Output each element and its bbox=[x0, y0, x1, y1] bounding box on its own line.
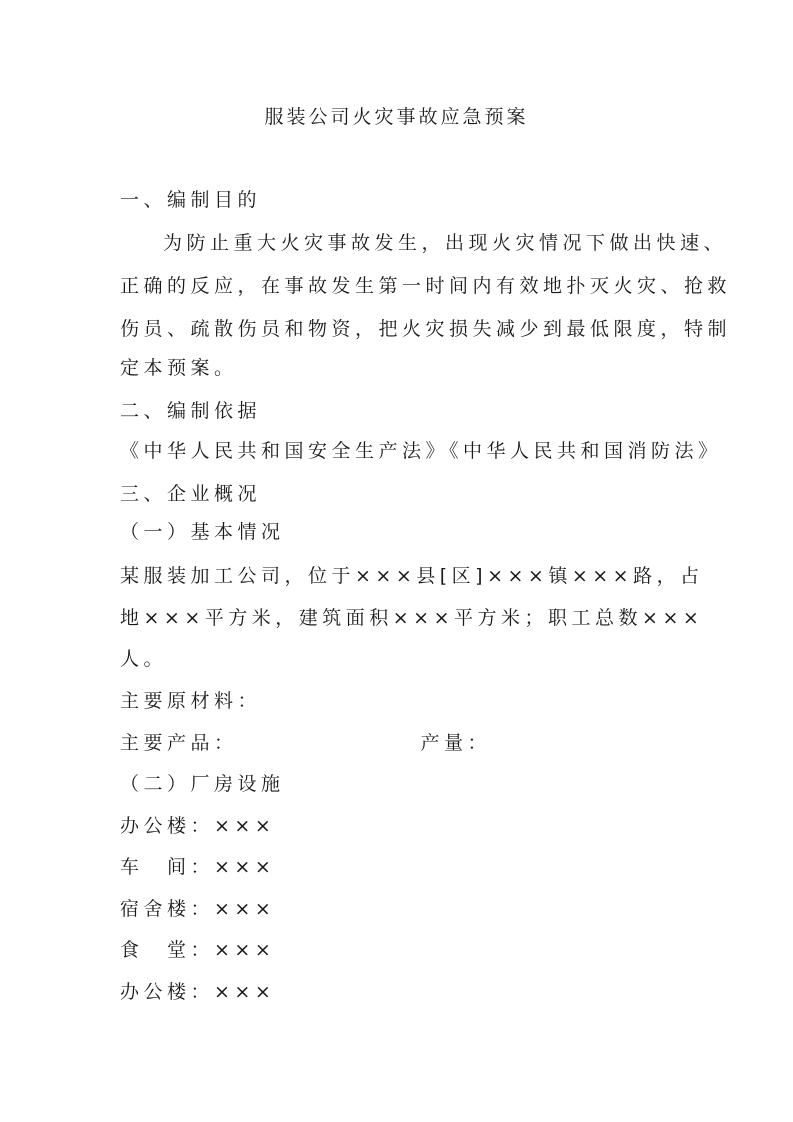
output-label: 产量： bbox=[421, 732, 492, 754]
law-references: 《中华人民共和国安全生产法》《中华人民共和国消防法》 bbox=[120, 437, 722, 465]
section-heading-overview: 三、企业概况 bbox=[120, 480, 261, 508]
paragraph-line: 伤员、疏散伤员和物资，把火灾损失减少到最低限度，特制 bbox=[120, 315, 731, 343]
subsection-heading-facilities: （二）厂房设施 bbox=[120, 770, 285, 798]
paragraph-line: 定本预案。 bbox=[120, 354, 238, 382]
paragraph-line: 地×××平方米，建筑面积×××平方米；职工总数××× bbox=[120, 604, 703, 632]
raw-materials-label: 主要原材料： bbox=[120, 687, 261, 715]
paragraph-line: 正确的反应，在事故发生第一时间内有效地扑灭火灾、抢救 bbox=[120, 272, 731, 300]
facility-office-building-2: 办公楼：××× bbox=[120, 978, 275, 1006]
document-page: 服装公司火灾事故应急预案 一、编制目的 为防止重大火灾事故发生，出现火灾情况下做… bbox=[0, 0, 793, 1122]
paragraph-line: 某服装加工公司，位于×××县[区]×××镇×××路，占 bbox=[120, 562, 704, 590]
paragraph-line: 为防止重大火灾事故发生，出现火灾情况下做出快速、 bbox=[163, 229, 727, 257]
paragraph-line: 人。 bbox=[120, 645, 167, 673]
facility-workshop: 车 间：××× bbox=[120, 853, 275, 881]
facility-office-building: 办公楼：××× bbox=[120, 812, 275, 840]
section-heading-purpose: 一、编制目的 bbox=[120, 186, 261, 214]
subsection-heading-basic-info: （一）基本情况 bbox=[120, 518, 285, 546]
document-title: 服装公司火灾事故应急预案 bbox=[0, 102, 793, 132]
facility-dormitory: 宿舍楼：××× bbox=[120, 895, 275, 923]
main-products-label: 主要产品： bbox=[120, 732, 238, 754]
main-products-row: 主要产品：产量： bbox=[120, 729, 491, 757]
facility-canteen: 食 堂：××× bbox=[120, 936, 275, 964]
section-heading-basis: 二、编制依据 bbox=[120, 397, 261, 425]
